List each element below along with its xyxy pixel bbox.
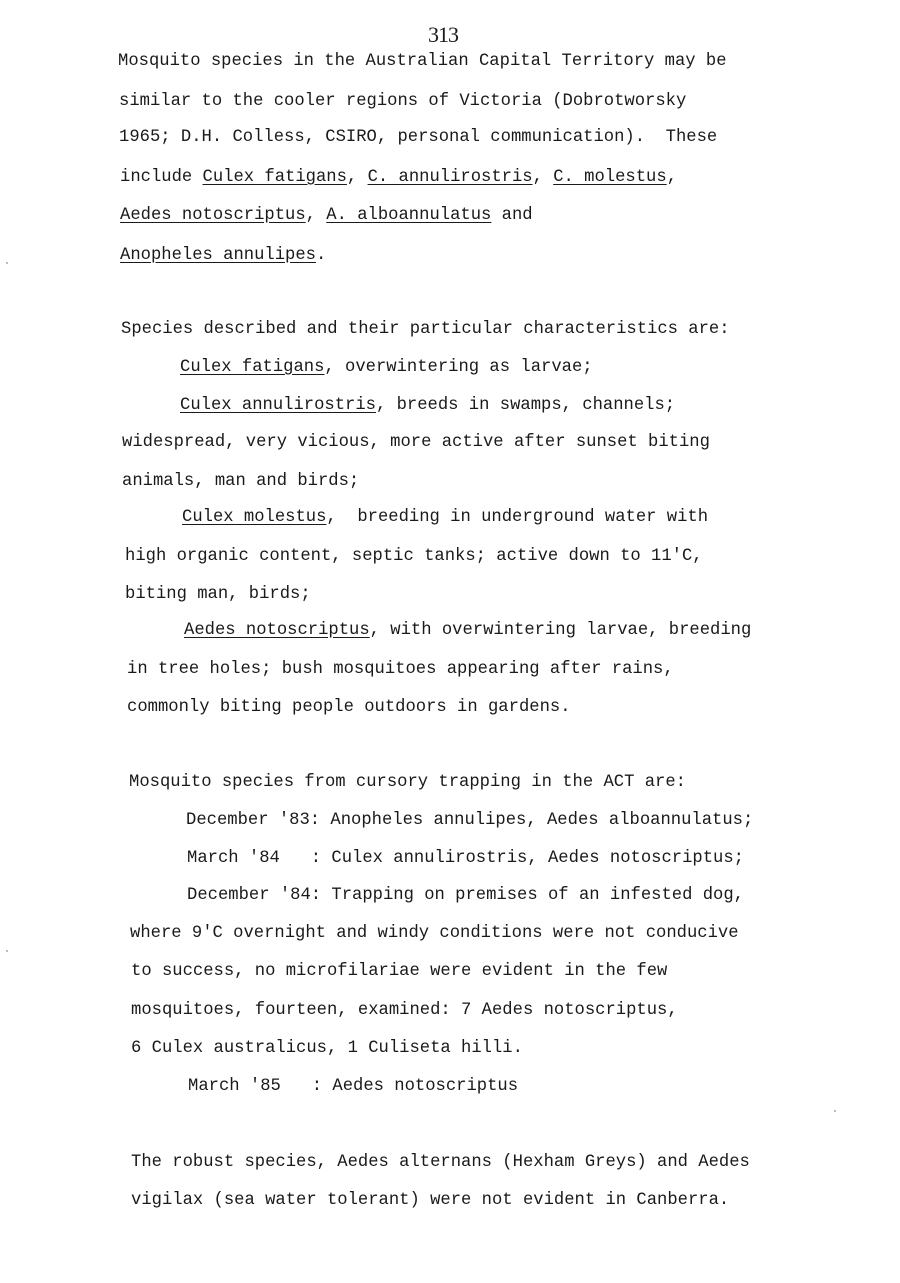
- text-line: Aedes notoscriptus, A. alboannulatus and: [120, 206, 533, 226]
- scan-artifact: [6, 262, 8, 264]
- trapping-entry: December '83: Anopheles annulipes, Aedes…: [186, 811, 753, 831]
- text-line: mosquitoes, fourteen, examined: 7 Aedes …: [131, 1001, 678, 1021]
- text: ,: [667, 168, 677, 187]
- text-line: include Culex fatigans, C. annulirostris…: [120, 168, 677, 188]
- species-entry: Culex molestus, breeding in underground …: [182, 508, 708, 528]
- text-line: The robust species, Aedes alternans (Hex…: [131, 1153, 750, 1173]
- species-name: C. annulirostris: [368, 168, 533, 187]
- scan-artifact: [834, 1110, 836, 1112]
- text: , with overwintering larvae, breeding: [370, 621, 752, 640]
- trapping-entry: December '84: Trapping on premises of an…: [187, 886, 744, 906]
- text-line: 6 Culex australicus, 1 Culiseta hilli.: [131, 1039, 523, 1059]
- text: ,: [533, 168, 554, 187]
- text: and: [491, 206, 532, 225]
- species-name: Culex molestus: [182, 508, 326, 527]
- species-entry: Culex fatigans, overwintering as larvae;: [180, 358, 593, 378]
- scan-artifact: [6, 950, 8, 952]
- species-name: Aedes notoscriptus: [184, 621, 370, 640]
- page-number: 313: [428, 22, 458, 48]
- species-name: Anopheles annulipes: [120, 246, 316, 265]
- text-line: animals, man and birds;: [122, 472, 359, 492]
- text: , breeding in underground water with: [326, 508, 708, 527]
- text-line: to success, no microfilariae were eviden…: [131, 962, 667, 982]
- text-line: 1965; D.H. Colless, CSIRO, personal comm…: [119, 128, 717, 148]
- text-line: similar to the cooler regions of Victori…: [119, 92, 686, 112]
- species-name: Culex fatigans: [203, 168, 347, 187]
- text-line: high organic content, septic tanks; acti…: [125, 547, 703, 567]
- text-line: biting man, birds;: [125, 585, 311, 605]
- trapping-entry: March '85 : Aedes notoscriptus: [188, 1077, 518, 1097]
- species-entry: Aedes notoscriptus, with overwintering l…: [184, 621, 751, 641]
- text-line: vigilax (sea water tolerant) were not ev…: [131, 1191, 729, 1211]
- species-entry: Culex annulirostris, breeds in swamps, c…: [180, 396, 675, 416]
- text: ,: [347, 168, 368, 187]
- text: ,: [306, 206, 327, 225]
- species-name: C. molestus: [553, 168, 666, 187]
- text-line: in tree holes; bush mosquitoes appearing…: [127, 660, 674, 680]
- species-name: Aedes notoscriptus: [120, 206, 306, 225]
- text-line: commonly biting people outdoors in garde…: [127, 698, 571, 718]
- text-line: Species described and their particular c…: [121, 320, 730, 340]
- text-line: Mosquito species in the Australian Capit…: [118, 52, 727, 72]
- trapping-entry: March '84 : Culex annulirostris, Aedes n…: [187, 849, 744, 869]
- text-line: where 9'C overnight and windy conditions…: [130, 924, 739, 944]
- text: , breeds in swamps, channels;: [376, 396, 675, 415]
- text: .: [316, 246, 326, 265]
- species-name: Culex annulirostris: [180, 396, 376, 415]
- text-line: Anopheles annulipes.: [120, 246, 326, 266]
- text: , overwintering as larvae;: [324, 358, 592, 377]
- text-line: Mosquito species from cursory trapping i…: [129, 773, 686, 793]
- species-name: A. alboannulatus: [326, 206, 491, 225]
- species-name: Culex fatigans: [180, 358, 324, 377]
- text-line: widespread, very vicious, more active af…: [122, 433, 710, 453]
- text: include: [120, 168, 203, 187]
